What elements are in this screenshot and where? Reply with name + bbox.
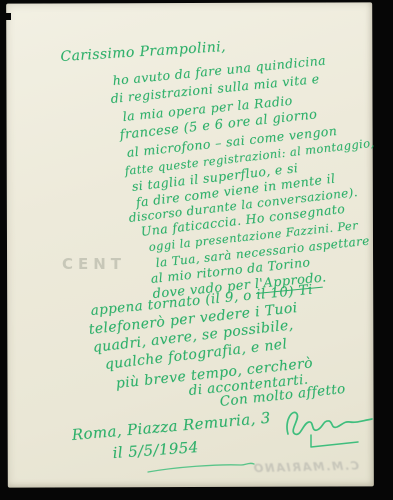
flourish-underline (146, 461, 258, 475)
signature-scrawl (282, 406, 374, 450)
scan-edge-notch (0, 13, 11, 20)
archive-watermark: CENT (62, 255, 126, 273)
scanned-letter: CENT C.M.MARIANO Carissimo Prampolini, h… (0, 0, 393, 500)
